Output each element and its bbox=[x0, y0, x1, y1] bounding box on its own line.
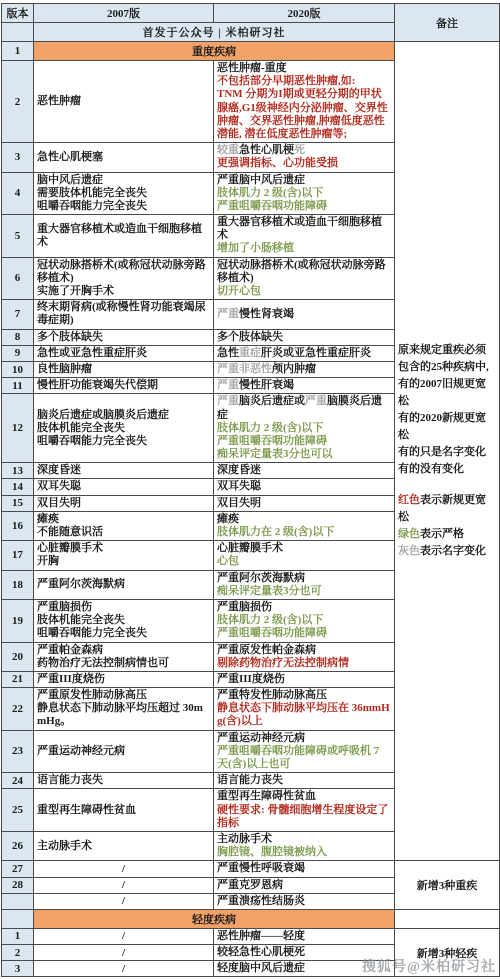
row-number-cell: 16 bbox=[2, 511, 34, 540]
col-2020-cell: 轻度脑中风后遗症 bbox=[214, 961, 395, 977]
row-number-cell: 9 bbox=[2, 345, 34, 361]
col-2007-cell: / bbox=[34, 877, 214, 893]
row-number-cell: 11 bbox=[2, 378, 34, 394]
text-segment: 胸腔镜、腹腔镜被纳入 bbox=[217, 846, 327, 858]
text-segment: 硬性要求: 骨髓细胞增生程度设定了指标 bbox=[217, 804, 388, 829]
text-segment: 心包 bbox=[217, 555, 239, 567]
text-segment: 急性或亚急性重症肝炎 bbox=[37, 347, 147, 359]
text-segment: 恶性肿瘤——轻度 bbox=[217, 930, 305, 942]
text-segment: 严重运动神经元病 bbox=[217, 732, 305, 744]
col-2020-cell: 瘫痪肢体肌力在 2 级(含)以下 bbox=[214, 511, 395, 540]
col-remark-header: 备注 bbox=[395, 4, 500, 42]
col-2020-cell: 主动脉手术胸腔镜、腹腔镜被纳入 bbox=[214, 831, 395, 860]
col-2007-cell: 重型再生障碍性贫血 bbox=[34, 789, 214, 832]
row-number-cell: 26 bbox=[2, 831, 34, 860]
row-number-cell: 14 bbox=[2, 479, 34, 495]
text-segment: 有的只是名字变化 bbox=[398, 446, 486, 458]
remark-spacer bbox=[398, 478, 496, 492]
comparison-table: 版本2007版2020版备注首发于公众号 | 米柏研习社1重度疾病原来规定重疾必… bbox=[1, 3, 500, 977]
row-number-cell: 8 bbox=[2, 329, 34, 345]
col-2020-cell: 严重脑损伤肢体肌力 2 级(含)以下严重咀嚼吞咽功能障碍 bbox=[214, 599, 395, 642]
table-body: 版本2007版2020版备注首发于公众号 | 米柏研习社1重度疾病原来规定重疾必… bbox=[2, 4, 500, 977]
text-segment: 冠状动脉搭桥术(或称冠状动脉旁路移植术) bbox=[37, 259, 206, 284]
text-segment: 严重阿尔茨海默病 bbox=[37, 578, 125, 590]
row-number-cell: 10 bbox=[2, 361, 34, 377]
text-segment: 慢性肝衰竭 bbox=[239, 379, 294, 391]
section-header-light: 轻度疾病 bbox=[34, 909, 395, 928]
text-segment: 瘫痪 bbox=[217, 513, 239, 525]
remark-new-severe-cell: 新增3种重疾 bbox=[395, 861, 500, 910]
text-segment: 严重脑中风后遗症 bbox=[217, 174, 305, 186]
col-2007-cell: 终末期肾病(或称慢性肾功能衰竭尿毒症期) bbox=[34, 300, 214, 329]
text-segment: 药物治疗无法控制病情也可 bbox=[37, 657, 169, 669]
text-segment: 重型再生障碍性贫血 bbox=[37, 804, 136, 816]
col-2020-cell: 严重克罗恩病 bbox=[214, 877, 395, 893]
text-segment: 心脏瓣膜手术 bbox=[217, 542, 283, 554]
text-segment: 严重溃疡性结肠炎 bbox=[217, 895, 305, 907]
row-number-cell bbox=[2, 909, 34, 928]
col-2007-cell: 深度昏迷 bbox=[34, 463, 214, 479]
col-2020-cell: 严重慢性肾衰竭 bbox=[214, 300, 395, 329]
col-2020-cell: 急性重症肝炎或亚急性重症肝炎 bbox=[214, 345, 395, 361]
text-segment: 慢性肾衰竭 bbox=[239, 308, 294, 320]
col-2020-cell: 深度昏迷 bbox=[214, 463, 395, 479]
row-number-cell: 20 bbox=[2, 642, 34, 671]
col-2007-cell: 脑中风后遗症需要肢体机能完全丧失咀嚼吞咽能力完全丧失 bbox=[34, 172, 214, 215]
text-segment: 双耳失聪 bbox=[217, 480, 261, 492]
text-segment: 脑炎后遗症或脑膜炎后遗症 bbox=[37, 409, 169, 421]
text-segment: 肢体机能完全丧失 bbox=[37, 422, 125, 434]
col-2020-header: 2020版 bbox=[214, 4, 395, 23]
text-segment: 剔除药物治疗无法控制病情 bbox=[217, 657, 349, 669]
text-segment: 有的2020新规更宽松 bbox=[398, 412, 486, 441]
col-2020-cell: 严重III度烧伤 bbox=[214, 671, 395, 687]
col-2007-cell: 恶性肿瘤 bbox=[34, 61, 214, 143]
row-number-cell: 1 bbox=[2, 42, 34, 61]
text-segment: 痴呆评定量表3分也可 bbox=[217, 585, 322, 597]
text-segment: 灰色 bbox=[398, 545, 420, 557]
text-segment: 主动脉手术 bbox=[37, 840, 92, 852]
col-2020-cell: 严重脑中风后遗症肢体肌力 2 级(含)以下严重咀嚼吞咽功能障碍 bbox=[214, 172, 395, 215]
col-2020-cell: 严重阿尔茨海默病痴呆评定量表3分也可 bbox=[214, 570, 395, 599]
col-2020-cell: 严重原发性帕金森病剔除药物治疗无法控制病情 bbox=[214, 642, 395, 671]
row-number-cell: 2 bbox=[2, 945, 34, 961]
col-2007-cell: 重大器官移植术或造血干细胞移植术 bbox=[34, 215, 214, 258]
col-2007-cell: 脑炎后遗症或脑膜炎后遗症肢体机能完全丧失咀嚼吞咽能力完全丧失 bbox=[34, 394, 214, 463]
text-segment: 语言能力丧失 bbox=[217, 774, 283, 786]
text-segment: 重大器官移植术或造血干细胞移植术 bbox=[217, 216, 382, 241]
page: 版本2007版2020版备注首发于公众号 | 米柏研习社1重度疾病原来规定重疾必… bbox=[0, 0, 500, 980]
text-segment: 绿色 bbox=[398, 528, 420, 540]
text-segment: 急性心肌梗 bbox=[239, 144, 294, 156]
col-2007-cell: 严重阿尔茨海默病 bbox=[34, 570, 214, 599]
text-segment: 重型再生障碍性贫血 bbox=[217, 790, 316, 802]
col-2007-cell: 双耳失聪 bbox=[34, 479, 214, 495]
text-segment: 肢体机能完全丧失 bbox=[37, 614, 125, 626]
row-number-cell: 4 bbox=[2, 172, 34, 215]
section-row-severe: 1重度疾病原来规定重疾必须包含的25种疾病中,有的2007旧规更宽松有的2020… bbox=[2, 42, 500, 61]
title-row-left-cell bbox=[2, 23, 34, 42]
col-2020-cell: 多个肢体缺失 bbox=[214, 329, 395, 345]
col-2020-cell: 较重急性心肌梗死更强调指标、心功能受损 bbox=[214, 143, 395, 172]
text-segment: 实施了开胸手术 bbox=[37, 285, 114, 297]
text-segment: 严重 bbox=[217, 379, 239, 391]
col-2007-cell: / bbox=[34, 861, 214, 877]
text-segment: 严重脑损伤 bbox=[217, 601, 272, 613]
text-segment: 恶性肿瘤-重度 bbox=[217, 62, 287, 74]
row-number-cell bbox=[2, 893, 34, 909]
row-number-cell: 12 bbox=[2, 394, 34, 463]
col-2020-cell: 严重溃疡性结肠炎 bbox=[214, 893, 395, 909]
text-segment: 切开心包 bbox=[217, 285, 261, 297]
text-segment: 双目失明 bbox=[217, 497, 261, 509]
row-number-cell: 17 bbox=[2, 541, 34, 570]
row-number-cell: 3 bbox=[2, 961, 34, 977]
text-segment: 红色 bbox=[398, 494, 420, 506]
col-2020-cell: 双目失明 bbox=[214, 495, 395, 511]
col-2020-cell: 严重慢性呼吸衰竭 bbox=[214, 861, 395, 877]
col-2020-cell: 语言能力丧失 bbox=[214, 773, 395, 789]
col-2020-cell: 严重运动神经元病严重咀嚼吞咽功能障碍或呼吸机 7 天(含)以上也可 bbox=[214, 730, 395, 773]
table-row: 27/严重慢性呼吸衰竭新增3种重疾 bbox=[2, 861, 500, 877]
text-segment: 更强调指标、心功能受损 bbox=[217, 157, 338, 169]
text-segment: 严重慢性呼吸衰竭 bbox=[217, 862, 305, 874]
text-segment: 原来规定重疾必须包含的25种疾病中, bbox=[398, 344, 489, 373]
text-segment: 严重咀嚼吞咽功能障碍 bbox=[217, 200, 327, 212]
col-2007-cell: / bbox=[34, 945, 214, 961]
text-segment: 恶性肿瘤 bbox=[37, 95, 81, 107]
col-2007-cell: 良性脑肿瘤 bbox=[34, 361, 214, 377]
row-number-cell: 27 bbox=[2, 861, 34, 877]
col-2020-cell: 心脏瓣膜手术心包 bbox=[214, 541, 395, 570]
row-number-cell: 5 bbox=[2, 215, 34, 258]
text-segment: 双耳失聪 bbox=[37, 480, 81, 492]
col-2007-cell: 严重脑损伤肢体机能完全丧失咀嚼吞咽能力完全丧失 bbox=[34, 599, 214, 642]
text-segment: 咀嚼吞咽能力完全丧失 bbox=[37, 627, 147, 639]
text-segment: 深度昏迷 bbox=[217, 464, 261, 476]
row-number-cell: 19 bbox=[2, 599, 34, 642]
text-segment: 咀嚼吞咽能力完全丧失 bbox=[37, 435, 147, 447]
col-2020-cell: 严重脑炎后遗症或严重脑膜炎后遗症肢体肌力 2 级(含)以下严重咀嚼吞咽功能障碍痴… bbox=[214, 394, 395, 463]
col-2007-cell: / bbox=[34, 961, 214, 977]
col-version-header: 版本 bbox=[2, 4, 34, 23]
row-number-cell: 2 bbox=[2, 61, 34, 143]
text-segment: 严重运动神经元病 bbox=[37, 745, 125, 757]
col-2007-cell: / bbox=[34, 893, 214, 909]
text-segment: 不包括部分早期恶性肿瘤,如: bbox=[217, 75, 355, 87]
col-2007-cell: 心脏瓣膜手术开胸 bbox=[34, 541, 214, 570]
text-segment: 严重原发性肺动脉高压 bbox=[37, 689, 147, 701]
col-2007-cell: 主动脉手术 bbox=[34, 831, 214, 860]
row-number-cell: 22 bbox=[2, 688, 34, 731]
text-segment: TNM 分期为I期或更轻分期的甲状腺癌,G1级神经内分泌肿瘤、交界性肿瘤、交界恶… bbox=[217, 88, 388, 140]
text-segment: 严重帕金森病 bbox=[37, 644, 103, 656]
text-segment: 严重脑损伤 bbox=[37, 601, 92, 613]
text-segment: 痴呆评定量表3分也可以 bbox=[217, 448, 333, 460]
col-2020-cell: 重大器官移植术或造血干细胞移植术增加了小肠移植 bbox=[214, 215, 395, 258]
text-segment: 重大器官移植术或造血干细胞移植术 bbox=[37, 223, 202, 248]
text-segment: 急性 bbox=[217, 347, 239, 359]
col-2007-cell: 慢性肝功能衰竭失代偿期 bbox=[34, 378, 214, 394]
col-2007-cell: 瘫痪不能随意识活 bbox=[34, 511, 214, 540]
text-segment: 死 bbox=[294, 144, 305, 156]
text-segment: 严重非恶性 bbox=[217, 363, 272, 375]
text-segment: 严重咀嚼吞咽功能障碍 bbox=[217, 435, 327, 447]
text-segment: 颅内肿瘤 bbox=[272, 363, 316, 375]
text-segment: 静息状态下肺动脉平均压在 36mmHg(含)以上 bbox=[217, 702, 390, 727]
text-segment: 良性脑肿瘤 bbox=[37, 363, 92, 375]
col-2020-cell: 恶性肿瘤——轻度 bbox=[214, 928, 395, 944]
col-2020-cell: 严重特发性肺动脉高压静息状态下肺动脉平均压在 36mmHg(含)以上 bbox=[214, 688, 395, 731]
col-2007-cell: 严重III度烧伤 bbox=[34, 671, 214, 687]
col-2007-cell: 急性或亚急性重症肝炎 bbox=[34, 345, 214, 361]
col-2020-cell: 较轻急性心肌梗死 bbox=[214, 945, 395, 961]
table-row: 1/恶性肿瘤——轻度新增3种轻疾 bbox=[2, 928, 500, 944]
text-segment: 不能随意识活 bbox=[37, 526, 103, 538]
text-segment: 肝炎或亚急性重症肝炎 bbox=[261, 347, 371, 359]
text-segment: 脑炎后遗症或 bbox=[239, 395, 305, 407]
text-segment: 严重 bbox=[305, 395, 327, 407]
text-segment: 多个肢体缺失 bbox=[37, 331, 103, 343]
row-number-cell: 7 bbox=[2, 300, 34, 329]
text-segment: 需要肢体机能完全丧失 bbox=[37, 187, 147, 199]
text-segment: 表示名字变化 bbox=[420, 545, 486, 557]
text-segment: 严重咀嚼吞咽功能障碍 bbox=[217, 627, 327, 639]
col-2007-cell: 急性心肌梗塞 bbox=[34, 143, 214, 172]
col-2007-cell: 严重运动神经元病 bbox=[34, 730, 214, 773]
row-number-cell: 21 bbox=[2, 671, 34, 687]
col-2020-cell: 恶性肿瘤-重度不包括部分早期恶性肿瘤,如:TNM 分期为I期或更轻分期的甲状腺癌… bbox=[214, 61, 395, 143]
text-segment: 表示严格 bbox=[420, 528, 464, 540]
section-row-light: 轻度疾病 bbox=[2, 909, 500, 928]
source-title-cell: 首发于公众号 | 米柏研习社 bbox=[34, 23, 395, 42]
remark-empty-cell bbox=[395, 909, 500, 928]
text-segment: 慢性肝功能衰竭失代偿期 bbox=[37, 379, 158, 391]
col-2007-cell: 双目失明 bbox=[34, 495, 214, 511]
col-2020-cell: 重型再生障碍性贫血硬性要求: 骨髓细胞增生程度设定了指标 bbox=[214, 789, 395, 832]
text-segment: 有的2007旧规更宽松 bbox=[398, 378, 486, 407]
text-segment: 增加了小肠移植 bbox=[217, 242, 294, 254]
text-segment: 多个肢体缺失 bbox=[217, 331, 283, 343]
text-segment: 肢体肌力在 2 级(含)以下 bbox=[217, 526, 334, 538]
row-number-cell: 24 bbox=[2, 773, 34, 789]
row-number-cell: 1 bbox=[2, 928, 34, 944]
text-segment: 主动脉手术 bbox=[217, 833, 272, 845]
text-segment: 严重 bbox=[217, 308, 239, 320]
text-segment: 咀嚼吞咽能力完全丧失 bbox=[37, 200, 147, 212]
col-2007-cell: 严重帕金森病药物治疗无法控制病情也可 bbox=[34, 642, 214, 671]
col-2020-cell: 严重非恶性颅内肿瘤 bbox=[214, 361, 395, 377]
row-number-cell: 3 bbox=[2, 143, 34, 172]
remark-new-light-cell: 新增3种轻疾 bbox=[395, 928, 500, 977]
row-number-cell: 18 bbox=[2, 570, 34, 599]
text-segment: 终末期肾病(或称慢性肾功能衰竭尿毒症期) bbox=[37, 301, 206, 326]
header-row: 版本2007版2020版备注 bbox=[2, 4, 500, 23]
text-segment: 肢体肌力 2 级(含)以下 bbox=[217, 187, 323, 199]
text-segment: 严重III度烧伤 bbox=[37, 673, 105, 685]
text-segment: 脑中风后遗症 bbox=[37, 174, 103, 186]
row-number-cell: 6 bbox=[2, 257, 34, 300]
section-header-severe: 重度疾病 bbox=[34, 42, 395, 61]
text-segment: 双目失明 bbox=[37, 497, 81, 509]
text-segment: 严重原发性帕金森病 bbox=[217, 644, 316, 656]
text-segment: 严重克罗恩病 bbox=[217, 879, 283, 891]
remark-main-cell: 原来规定重疾必须包含的25种疾病中,有的2007旧规更宽松有的2020新规更宽松… bbox=[395, 42, 500, 861]
col-2007-cell: 多个肢体缺失 bbox=[34, 329, 214, 345]
text-segment: 急性心肌梗塞 bbox=[37, 151, 103, 163]
text-segment: 严重特发性肺动脉高压 bbox=[217, 689, 327, 701]
col-2020-cell: 双耳失聪 bbox=[214, 479, 395, 495]
text-segment: 重症 bbox=[239, 347, 261, 359]
text-segment: 较轻急性心肌梗死 bbox=[217, 946, 305, 958]
text-segment: 冠状动脉搭桥术(或称冠状动脉旁路移植术) bbox=[217, 259, 386, 284]
col-2007-cell: 语言能力丧失 bbox=[34, 773, 214, 789]
row-number-cell: 15 bbox=[2, 495, 34, 511]
col-2007-cell: 严重原发性肺动脉高压静息状态下肺动脉平均压超过 30mmHg。 bbox=[34, 688, 214, 731]
text-segment: 严重 bbox=[217, 395, 239, 407]
row-number-cell: 13 bbox=[2, 463, 34, 479]
text-segment: 瘫痪 bbox=[37, 513, 59, 525]
col-2020-cell: 冠状动脉搭桥术(或称冠状动脉旁路移植术)切开心包 bbox=[214, 257, 395, 300]
text-segment: 深度昏迷 bbox=[37, 464, 81, 476]
col-2007-header: 2007版 bbox=[34, 4, 214, 23]
text-segment: 严重III度烧伤 bbox=[217, 673, 285, 685]
row-number-cell: 25 bbox=[2, 789, 34, 832]
text-segment: 严重阿尔茨海默病 bbox=[217, 572, 305, 584]
text-segment: 开胸 bbox=[37, 555, 59, 567]
text-segment: 有的没有变化 bbox=[398, 463, 464, 475]
col-2020-cell: 严重慢性肝衰竭 bbox=[214, 378, 395, 394]
row-number-cell: 23 bbox=[2, 730, 34, 773]
col-2007-cell: / bbox=[34, 928, 214, 944]
text-segment: 较重 bbox=[217, 144, 239, 156]
col-2007-cell: 冠状动脉搭桥术(或称冠状动脉旁路移植术)实施了开胸手术 bbox=[34, 257, 214, 300]
text-segment: 心脏瓣膜手术 bbox=[37, 542, 103, 554]
row-number-cell: 28 bbox=[2, 877, 34, 893]
text-segment: 语言能力丧失 bbox=[37, 774, 103, 786]
text-segment: 肢体肌力 2 级(含)以下 bbox=[217, 614, 323, 626]
text-segment: 轻度脑中风后遗症 bbox=[217, 962, 305, 974]
text-segment: 肢体肌力 2 级(含)以下 bbox=[217, 422, 323, 434]
text-segment: 静息状态下肺动脉平均压超过 30mmHg。 bbox=[37, 702, 203, 727]
text-segment: 严重咀嚼吞咽功能障碍或呼吸机 7 天(含)以上也可 bbox=[217, 745, 379, 770]
